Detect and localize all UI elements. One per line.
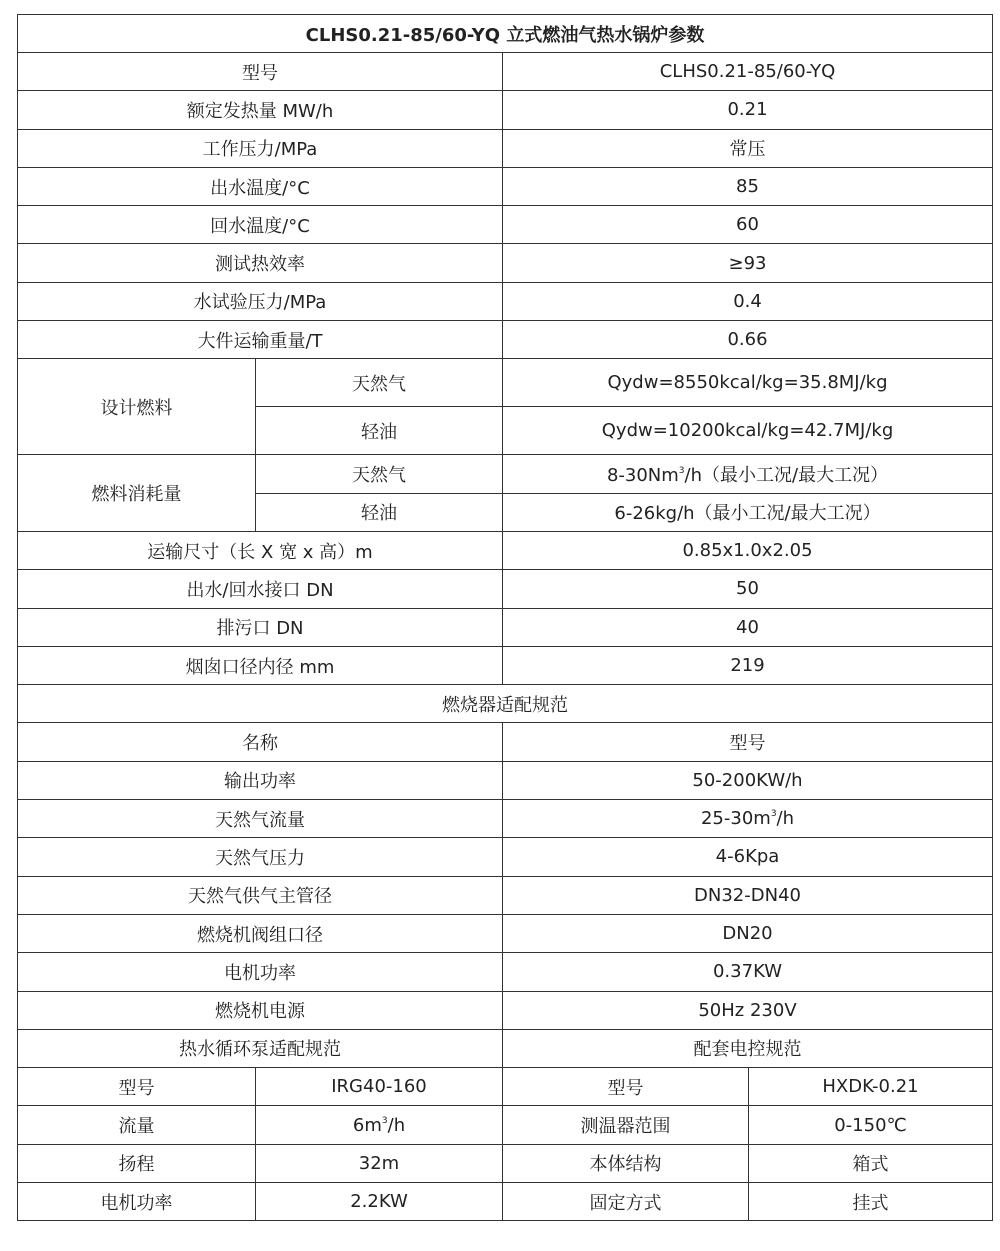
table-row: 天然气供气主管径DN32-DN40 [18,876,993,914]
table-row: 扬程32m 本体结构箱式 [18,1144,993,1182]
fuel-consumption-label: 燃料消耗量 [18,455,256,532]
table-row: 天然气流量25-30m3/h [18,800,993,838]
table-row: 天然气压力4-6Kpa [18,838,993,876]
control-section-header: 配套电控规范 [503,1029,993,1067]
table-row: 名称型号 [18,723,993,761]
table-row: 型号CLHS0.21-85/60-YQ [18,53,993,91]
table-row: 运输尺寸（长 X 宽 x 高）m0.85x1.0x2.05 [18,531,993,569]
table-row: 出水/回水接口 DN50 [18,570,993,608]
table-row: 设计燃料 天然气 Qydw=8550kcal/kg=35.8MJ/kg [18,359,993,407]
table-row: 额定发热量 MW/h0.21 [18,91,993,129]
table-row: 电机功率0.37KW [18,953,993,991]
table-row: 排污口 DN40 [18,608,993,646]
table-row: 燃料消耗量 天然气 8-30Nm3/h（最小工况/最大工况） [18,455,993,493]
table-row: 测试热效率≥93 [18,244,993,282]
table-row: 电机功率2.2KW 固定方式挂式 [18,1183,993,1221]
table-row: 回水温度/°C60 [18,206,993,244]
table-row: 工作压力/MPa常压 [18,129,993,167]
boiler-spec-table: CLHS0.21-85/60-YQ 立式燃油气热水锅炉参数 型号CLHS0.21… [17,14,993,1221]
table-title: CLHS0.21-85/60-YQ 立式燃油气热水锅炉参数 [18,15,993,53]
table-row: 出水温度/°C85 [18,167,993,205]
burner-section-header: 燃烧器适配规范 [18,685,993,723]
table-row: 燃烧机阀组口径DN20 [18,914,993,952]
pump-section-header: 热水循环泵适配规范 [18,1029,503,1067]
table-row: 输出功率50-200KW/h [18,761,993,799]
table-row: 大件运输重量/T0.66 [18,321,993,359]
table-row: 型号IRG40-160 型号HXDK-0.21 [18,1068,993,1106]
design-fuel-label: 设计燃料 [18,359,256,455]
table-row: 水试验压力/MPa0.4 [18,282,993,320]
table-row: 烟囱口径内径 mm219 [18,646,993,684]
table-row: 流量 6m3/h 测温器范围0-150℃ [18,1106,993,1144]
table-row: 燃烧机电源50Hz 230V [18,991,993,1029]
